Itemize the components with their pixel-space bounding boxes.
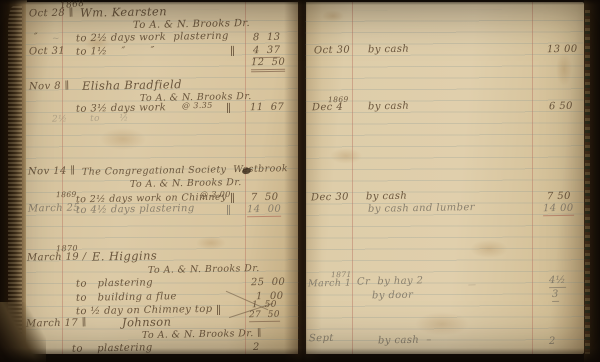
posting-mark: ∥: [230, 193, 236, 204]
account-name: Wm. Kearsten: [80, 6, 167, 19]
amount: 4½: [549, 276, 566, 288]
debit-heading: To A. & N. Brooks Dr.: [148, 264, 260, 275]
photo-shadow-top: [0, 0, 600, 5]
item-desc: to plastering: [76, 278, 153, 289]
debit-heading: To A. & N. Brooks Dr.: [133, 19, 250, 31]
posting-mark: ∥: [216, 305, 222, 316]
date-column-rule: [352, 2, 353, 354]
amount: 8 13: [253, 33, 281, 43]
pencil-smudge: ~: [52, 35, 60, 44]
credit-desc: Cr by hay 2: [357, 276, 424, 287]
entry-date: Oct 28 ∥: [29, 9, 74, 20]
amount: 14 00: [247, 205, 281, 218]
item-desc: to 4½ days plastering: [76, 204, 195, 216]
ditto-mark: ″: [34, 33, 38, 43]
amount: 3: [552, 290, 559, 302]
posting-mark: ∥: [226, 205, 232, 216]
rate-note: @ 3.00: [200, 191, 231, 200]
account-name: Elisha Bradfield: [82, 79, 182, 92]
credit-desc: by cash –: [378, 336, 432, 347]
ruled-lines: [305, 9, 584, 350]
entry-date: Sept: [309, 334, 334, 344]
amount: 11 67: [250, 103, 284, 114]
item-desc: to 1½ ″ ″: [76, 46, 155, 57]
entry-date: Nov 14 ∥: [28, 167, 75, 178]
amount-column-rule: [532, 2, 533, 354]
entry-date: March 1: [308, 279, 351, 289]
photo-shadow-bottom: [0, 348, 600, 362]
ledger-photo: 1868Oct 28 ∥Wm. KearstenTo A. & N. Brook…: [0, 0, 600, 362]
pencil-note: 2½ to ½: [52, 114, 129, 124]
dash-mark: —: [468, 281, 477, 289]
entry-date: March 19 /: [27, 252, 87, 263]
entry-date: Oct 30: [314, 46, 350, 57]
book-page-stack-right-edge: [584, 0, 600, 362]
amount-column-rule: [245, 2, 246, 354]
credit-desc: by cash and lumber: [368, 203, 475, 215]
amount-total: 27 50: [249, 311, 280, 323]
credit-desc: by door: [372, 291, 413, 302]
item-desc: to building a flue: [76, 292, 177, 304]
amount-total: 12 50: [251, 58, 285, 73]
amount: 14 00: [543, 204, 574, 217]
amount: 25 00: [251, 278, 285, 289]
account-name: E. Higgins: [92, 250, 157, 263]
account-name: Johnson: [122, 317, 172, 329]
amount: 2: [549, 337, 556, 347]
amount: 7 50: [547, 192, 571, 202]
amount: 13 00: [547, 45, 578, 56]
debit-heading: To A. & N. Brooks Dr. ∥: [142, 329, 262, 341]
entry-date: Oct 31: [29, 47, 65, 58]
posting-mark: ∥: [226, 103, 232, 114]
debit-heading: To A. & N. Brooks Dr.: [130, 178, 242, 189]
posting-mark: ∥: [230, 46, 236, 57]
entry-date: Nov 8 ∥: [29, 82, 70, 93]
rate-note: @ 3.35: [182, 102, 213, 111]
amount: 6 50: [549, 102, 573, 112]
credit-desc: by cash: [368, 45, 409, 56]
credit-desc: by cash: [368, 102, 409, 113]
year-note: 1869: [56, 191, 77, 199]
credit-desc: by cash: [366, 192, 407, 203]
amount: 7 50: [251, 193, 279, 203]
entry-date: March 25: [28, 204, 80, 215]
entry-date: Dec 30: [311, 193, 349, 204]
entry-date: Dec 4: [312, 103, 343, 114]
